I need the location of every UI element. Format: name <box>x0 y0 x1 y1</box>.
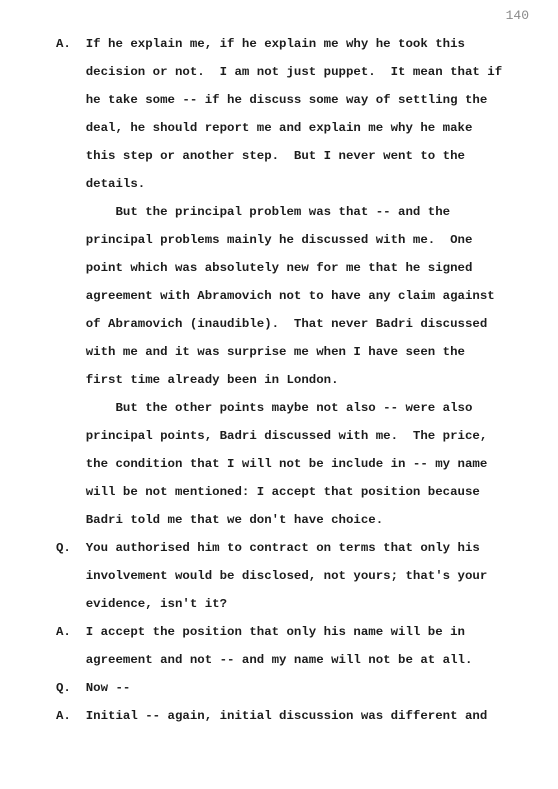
transcript-line: involvement would be disclosed, not your… <box>56 562 526 590</box>
transcript-line: Q.Now -- <box>56 674 526 702</box>
line-text: principal problems mainly he discussed w… <box>86 233 473 247</box>
page-number: 140 <box>0 9 529 23</box>
transcript-page: 140 A.If he explain me, if he explain me… <box>0 0 558 789</box>
transcript-line: evidence, isn't it? <box>56 590 526 618</box>
transcript-line: But the other points maybe not also -- w… <box>56 394 526 422</box>
transcript-line: Q.You authorised him to contract on term… <box>56 534 526 562</box>
line-text: If he explain me, if he explain me why h… <box>86 37 465 51</box>
transcript-line: Badri told me that we don't have choice. <box>56 506 526 534</box>
transcript-line: deal, he should report me and explain me… <box>56 114 526 142</box>
line-text: You authorised him to contract on terms … <box>86 541 480 555</box>
transcript-line: A.If he explain me, if he explain me why… <box>56 30 526 58</box>
line-text: will be not mentioned: I accept that pos… <box>86 485 480 499</box>
transcript-line: details. <box>56 170 526 198</box>
line-text: Initial -- again, initial discussion was… <box>86 709 488 723</box>
transcript-line: A.I accept the position that only his na… <box>56 618 526 646</box>
transcript-line: agreement and not -- and my name will no… <box>56 646 526 674</box>
transcript-line: decision or not. I am not just puppet. I… <box>56 58 526 86</box>
line-text: point which was absolutely new for me th… <box>86 261 473 275</box>
speaker-label: A. <box>56 702 86 730</box>
line-text: But the principal problem was that -- an… <box>86 205 450 219</box>
transcript-line: A.Initial -- again, initial discussion w… <box>56 702 526 730</box>
transcript-line: But the principal problem was that -- an… <box>56 198 526 226</box>
transcript-line: the condition that I will not be include… <box>56 450 526 478</box>
transcript-line: of Abramovich (inaudible). That never Ba… <box>56 310 526 338</box>
transcript-line: first time already been in London. <box>56 366 526 394</box>
line-text: I accept the position that only his name… <box>86 625 465 639</box>
line-text: principal points, Badri discussed with m… <box>86 429 488 443</box>
transcript-line: will be not mentioned: I accept that pos… <box>56 478 526 506</box>
line-text: the condition that I will not be include… <box>86 457 488 471</box>
transcript-line: principal problems mainly he discussed w… <box>56 226 526 254</box>
speaker-label: Q. <box>56 674 86 702</box>
line-text: involvement would be disclosed, not your… <box>86 569 488 583</box>
transcript-line: point which was absolutely new for me th… <box>56 254 526 282</box>
line-text: first time already been in London. <box>86 373 339 387</box>
line-text: agreement with Abramovich not to have an… <box>86 289 495 303</box>
line-text: deal, he should report me and explain me… <box>86 121 473 135</box>
line-text: details. <box>86 177 146 191</box>
transcript-line: with me and it was surprise me when I ha… <box>56 338 526 366</box>
line-text: evidence, isn't it? <box>86 597 227 611</box>
line-text: of Abramovich (inaudible). That never Ba… <box>86 317 488 331</box>
line-text: with me and it was surprise me when I ha… <box>86 345 465 359</box>
speaker-label: A. <box>56 30 86 58</box>
speaker-label: Q. <box>56 534 86 562</box>
transcript-line: this step or another step. But I never w… <box>56 142 526 170</box>
speaker-label: A. <box>56 618 86 646</box>
line-text: he take some -- if he discuss some way o… <box>86 93 488 107</box>
line-text: But the other points maybe not also -- w… <box>86 401 473 415</box>
line-text: Badri told me that we don't have choice. <box>86 513 383 527</box>
line-text: decision or not. I am not just puppet. I… <box>86 65 502 79</box>
transcript: A.If he explain me, if he explain me why… <box>56 30 526 730</box>
line-text: agreement and not -- and my name will no… <box>86 653 473 667</box>
line-text: Now -- <box>86 681 131 695</box>
line-text: this step or another step. But I never w… <box>86 149 465 163</box>
transcript-line: agreement with Abramovich not to have an… <box>56 282 526 310</box>
transcript-line: principal points, Badri discussed with m… <box>56 422 526 450</box>
transcript-line: he take some -- if he discuss some way o… <box>56 86 526 114</box>
